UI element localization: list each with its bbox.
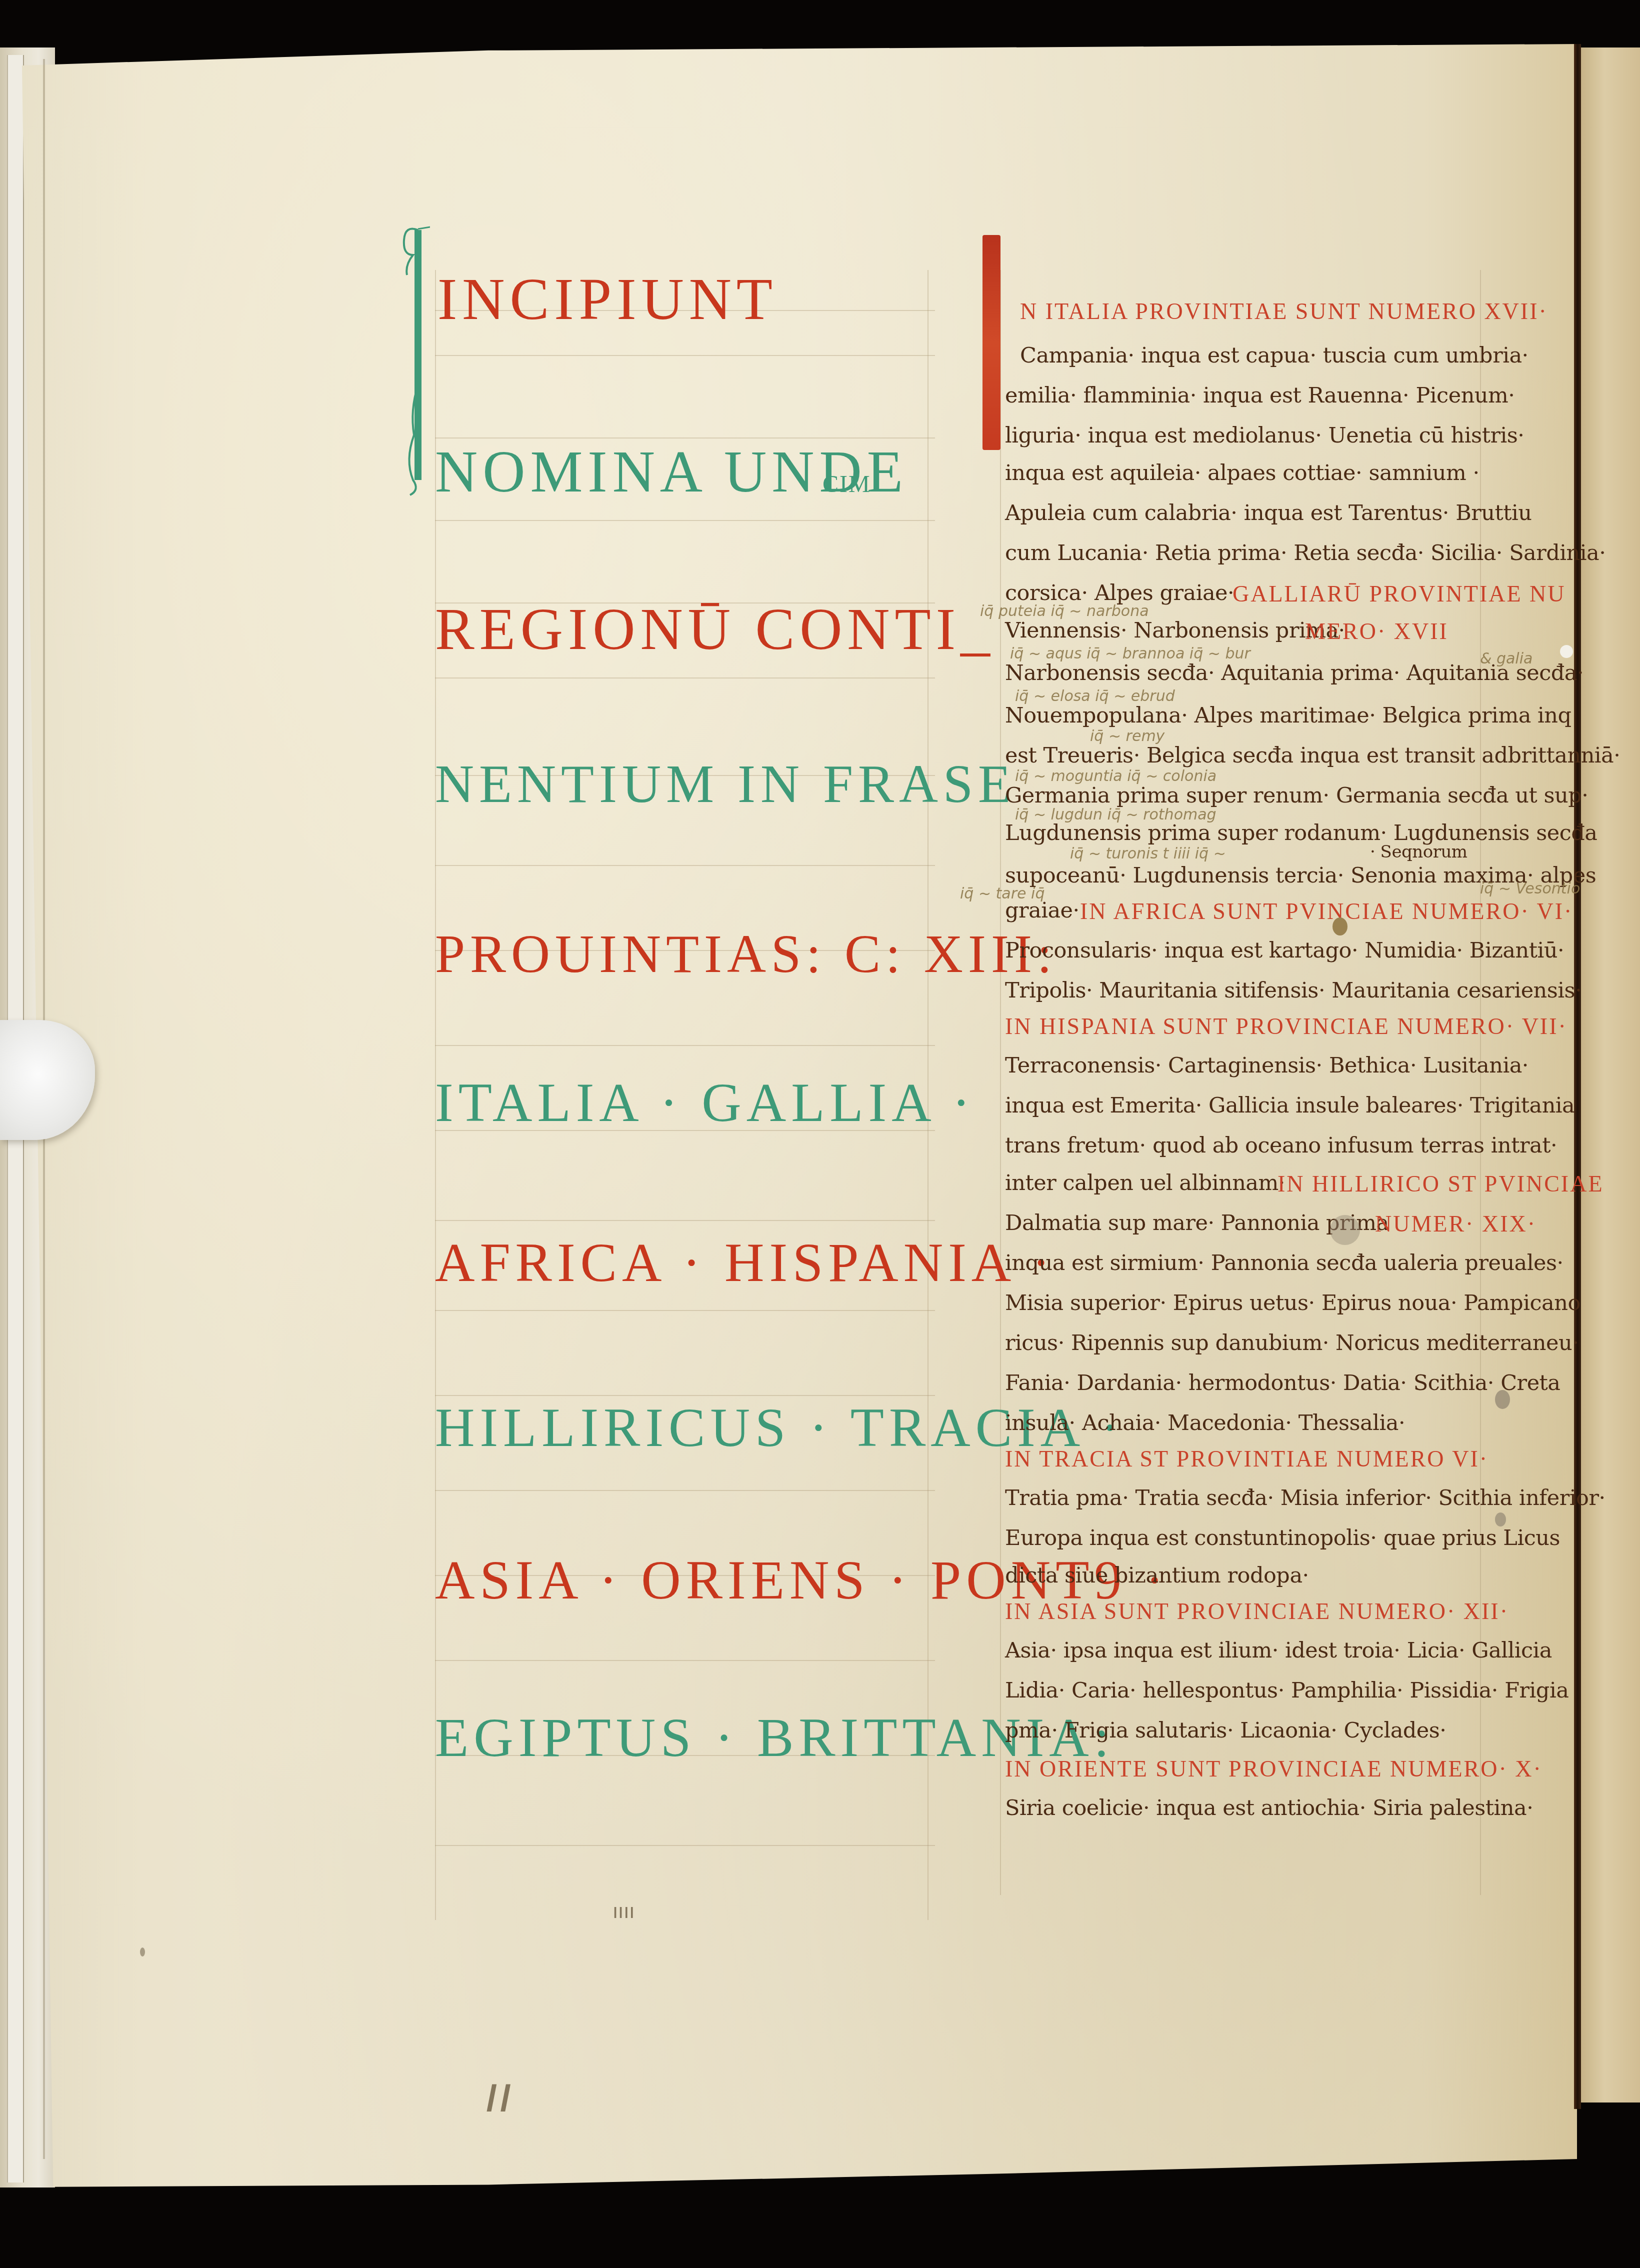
text-line: trans fretum· quod ab oceano infusum ter… <box>1005 1135 1557 1156</box>
facing-page-edge <box>1581 47 1640 2102</box>
rubric-italia: N ITALIA PROVINTIAE SUNT NUMERO XVII· <box>1020 300 1548 323</box>
gloss: iq̄ ~ turonis t iiii iq̄ ~ <box>1070 845 1226 862</box>
text-line: emilia· flamminia· inqua est Rauenna· Pi… <box>1005 385 1514 406</box>
text-line: insula· Achaia· Macedonia· Thessalia· <box>1005 1412 1405 1434</box>
text-line: pma· Frigia salutaris· Licaonia· Cyclade… <box>1005 1720 1446 1741</box>
gloss: iq̄ ~ lugdun iq̄ ~ rothomag <box>1015 806 1216 823</box>
text-line: graiae· <box>1005 900 1079 921</box>
heading-africa-hispania: AFRICA · HISPANIA · <box>435 1235 1055 1290</box>
gloss: iq̄ ~ elosa iq̄ ~ ebrud <box>1015 687 1175 705</box>
heading-prouintias: PROUINTIAS: C: XIII: <box>435 927 1057 981</box>
text-line: Terraconensis· Cartaginensis· Bethica· L… <box>1005 1055 1528 1076</box>
text-line: inqua est Emerita· Gallicia insule balea… <box>1005 1095 1574 1116</box>
shelfmark: ıı <box>485 2065 513 2123</box>
text-line: Nouempopulana· Alpes maritimae· Belgica … <box>1005 705 1571 726</box>
decorated-initial-i-icon <box>400 220 430 500</box>
text-line: inter calpen uel albinnam· <box>1005 1172 1285 1194</box>
margin-gloss: iq̄ ~ Vesontio <box>1480 880 1580 897</box>
gloss: iq̄ ~ aqus iq̄ ~ brannoa iq̄ ~ bur <box>1010 645 1250 662</box>
rubric-mero-xvii: MERO· XVII <box>1305 620 1448 643</box>
text-line: Campania· inqua est capua· tuscia cum um… <box>1020 345 1528 366</box>
rubric-galliarum: GALLIARŪ PROVINTIAE NU <box>1232 582 1566 605</box>
text-line: Germania prima super renum· Germania sec… <box>1005 785 1588 806</box>
heading-nentium-in-frase: NENTIUM IN FRASE <box>435 757 1016 811</box>
text-line: cum Lucania· Retia prima· Retia secđa· S… <box>1005 542 1605 564</box>
text-line: Lugdunensis prima super rodanum· Lugdune… <box>1005 822 1597 844</box>
rubric-oriente: IN ORIENTE SUNT PROVINCIAE NUMERO· X· <box>1005 1757 1542 1780</box>
text-line: Fania· Dardania· hermodontus· Datia· Sci… <box>1005 1372 1560 1394</box>
heading-incipiunt: INCIPIUNT <box>437 270 777 329</box>
binding-gutter <box>1574 44 1581 2109</box>
text-line: Lidia· Caria· hellespontus· Pamphilia· P… <box>1005 1680 1568 1701</box>
text-line: Tratia pma· Tratia secđa· Misia inferior… <box>1005 1487 1605 1509</box>
text-line: Viennensis· Narbonensis prima· <box>1005 620 1345 641</box>
text-line: Proconsularis· inqua est kartago· Numidi… <box>1005 940 1564 961</box>
gloss: iq̄ ~ tare iq̄ <box>960 885 1044 902</box>
text-seqnorum: · Seqnorum <box>1370 843 1467 860</box>
text-line: Tripolis· Mauritania sitifensis· Maurita… <box>1005 980 1581 1001</box>
red-initial-i-icon <box>982 235 1000 450</box>
text-line: Apuleia cum calabria· inqua est Tarentus… <box>1005 502 1532 524</box>
text-line: inqua est aquileia· alpaes cottiae· samn… <box>1005 462 1479 484</box>
text-line: ricus· Ripennis sup danubium· Noricus me… <box>1005 1332 1578 1354</box>
text-line: inqua est sirmium· Pannonia secđa ualeri… <box>1005 1252 1563 1274</box>
rubric-hispania: IN HISPANIA SUNT PROVINCIAE NUMERO· VII· <box>1005 1015 1567 1038</box>
text-line: Misia superior· Epirus uetus· Epirus nou… <box>1005 1292 1580 1314</box>
text-line: est Treueris· Belgica secđa inqua est tr… <box>1005 745 1620 766</box>
text-line: Europa inqua est constuntinopolis· quae … <box>1005 1527 1560 1549</box>
text-line: dicta siue bizantium rodopa· <box>1005 1565 1309 1586</box>
text-line: corsica· Alpes graiae· <box>1005 582 1234 604</box>
text-line: Asia· ipsa inqua est ilium· idest troia·… <box>1005 1640 1552 1661</box>
text-line: Siria coelicie· inqua est antiochia· Sir… <box>1005 1797 1533 1819</box>
gloss: iq̄ ~ moguntia iq̄ ~ colonia <box>1015 767 1216 785</box>
heading-italia-gallia: ITALIA · GALLIA · <box>435 1075 975 1130</box>
heading-regionum-conti: REGIONŪ CONTI_ <box>435 600 995 659</box>
gloss: iq̄ ~ remy <box>1090 727 1164 745</box>
gloss: iq̄ puteia iq̄ ~ narbona <box>980 602 1149 620</box>
heading-superscript-cim: CIM <box>822 472 871 496</box>
bottom-mark: ıııı <box>612 1900 634 1923</box>
rubric-hillirico: IN HILLIRICO ST PVINCIAE <box>1277 1172 1604 1195</box>
rubric-asia: IN ASIA SUNT PROVINCIAE NUMERO· XII· <box>1005 1600 1509 1623</box>
rubric-africa: IN AFRICA SUNT PVINCIAE NUMERO· VI· <box>1080 900 1573 923</box>
text-line: liguria· inqua est mediolanus· Uenetia c… <box>1005 425 1524 446</box>
rubric-numer-xix: NUMER· XIX· <box>1375 1212 1536 1235</box>
rubric-tracia: IN TRACIA ST PROVINTIAE NUMERO VI· <box>1005 1447 1488 1470</box>
margin-gloss: & galia <box>1480 650 1532 667</box>
